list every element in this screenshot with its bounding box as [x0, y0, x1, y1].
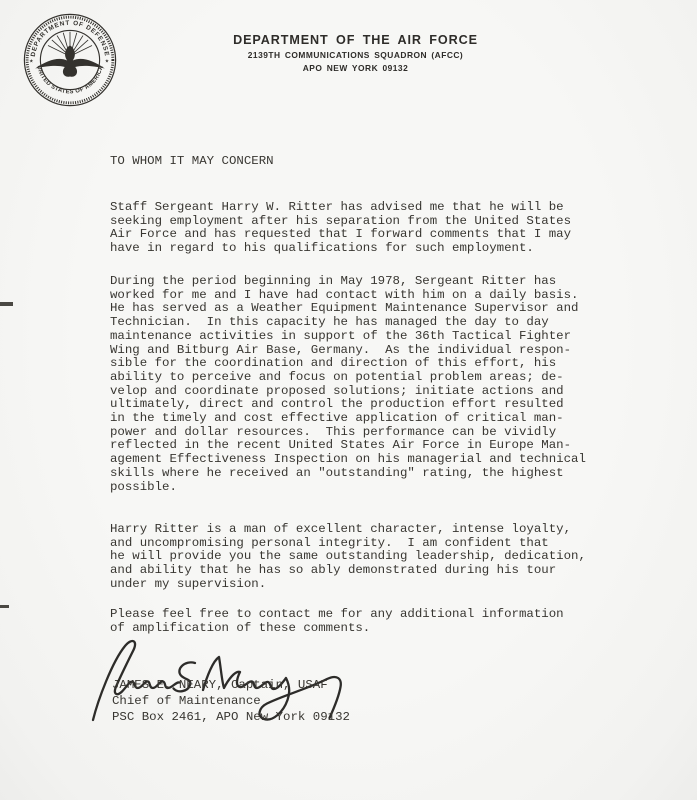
paragraph-1: Staff Sergeant Harry W. Ritter has advis… [110, 201, 571, 256]
paragraph-3: Harry Ritter is a man of excellent chara… [110, 523, 586, 592]
signature-block: JAMES E. NEARY, Captain, USAF Chief of M… [112, 678, 350, 725]
scan-edge-mark [0, 302, 13, 306]
letterhead-address: APO NEW YORK 09132 [7, 63, 697, 74]
scan-edge-mark [0, 605, 9, 608]
letterhead-squadron: 2139TH COMMUNICATIONS SQUADRON (AFCC) [7, 50, 697, 61]
letterhead: DEPARTMENT OF THE AIR FORCE 2139TH COMMU… [7, 33, 697, 74]
letter-page: DEPARTMENT OF DEFENSE UNITED STATES OF A… [0, 0, 697, 800]
salutation: TO WHOM IT MAY CONCERN [110, 155, 274, 169]
paragraph-2: During the period beginning in May 1978,… [110, 275, 586, 494]
paragraph-4: Please feel free to contact me for any a… [110, 608, 564, 635]
letterhead-department: DEPARTMENT OF THE AIR FORCE [7, 33, 697, 48]
